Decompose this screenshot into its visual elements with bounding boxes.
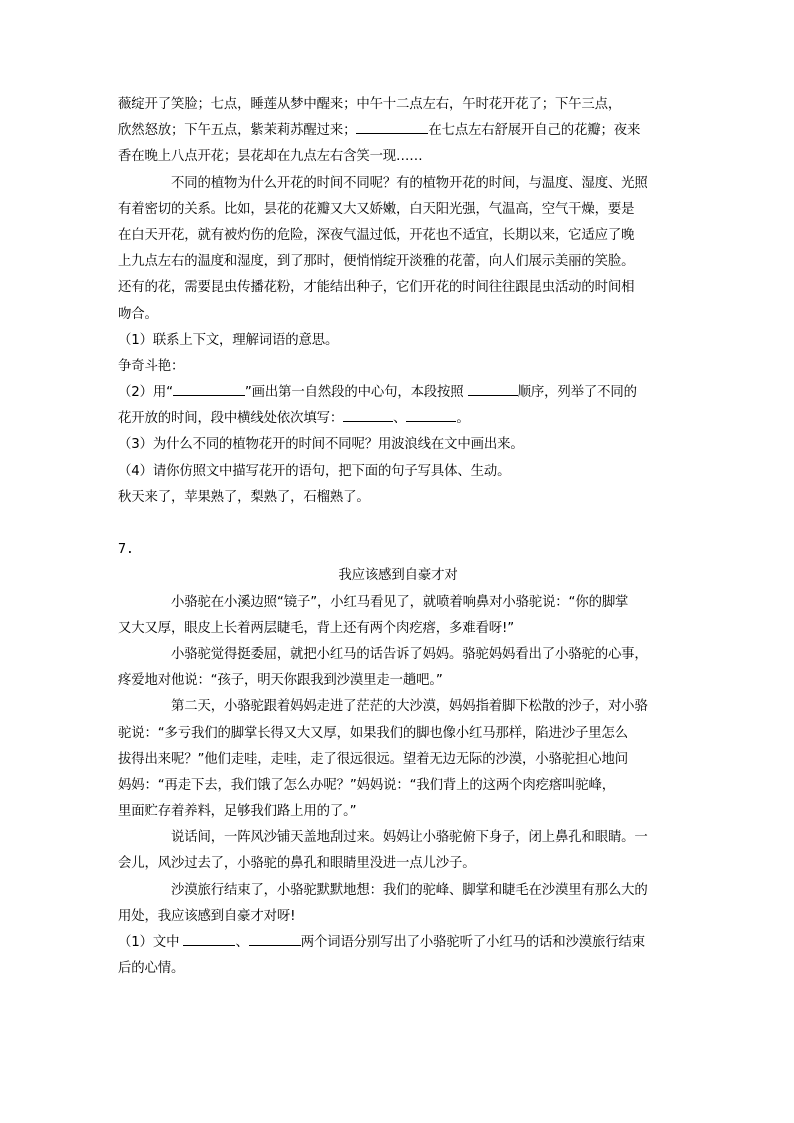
text-segment: 花开放的时间，段中横线处依次填写： xyxy=(118,411,343,426)
text-line: 在白天开花，就有被灼伤的危险，深夜气温过低，开花也不适宜，长期以来，它适应了晚 xyxy=(118,223,678,249)
text-line: 上九点左右的温度和湿度，到了那时，便悄悄绽开淡雅的花蕾，向人们展示美丽的笑脸。 xyxy=(118,249,678,275)
fill-blank[interactable] xyxy=(356,119,428,134)
fill-blank[interactable] xyxy=(406,407,456,422)
question-2-continued: 花开放的时间，段中横线处依次填写：、。 xyxy=(118,406,678,432)
passage-title: 我应该感到自豪才对 xyxy=(118,563,678,589)
text-segment: 。 xyxy=(456,411,469,426)
fill-blank[interactable] xyxy=(173,381,245,396)
text-line: 疼爱地对他说：“孩子，明天你跟我到沙漠里走一趟吧。” xyxy=(118,668,678,694)
text-line: 里面贮存着养料，足够我们路上用的了。” xyxy=(118,799,678,825)
fill-blank[interactable] xyxy=(343,407,393,422)
question-number: 7. xyxy=(118,537,678,563)
question-1-word: 争奇斗艳： xyxy=(118,354,678,380)
document-page: 薇绽开了笑脸；七点，睡莲从梦中醒来；中午十二点左右，午时花开花了；下午三点， 欣… xyxy=(118,92,678,982)
text-line: 会儿，风沙过去了，小骆驼的鼻孔和眼睛里没进一点儿沙子。 xyxy=(118,851,678,877)
paragraph-line: 小骆驼觉得挺委屈，就把小红马的话告诉了妈妈。骆驼妈妈看出了小骆驼的心事， xyxy=(118,642,678,668)
text-segment: （1）文中 xyxy=(118,935,183,950)
text-segment: 顺序，列举了不同的 xyxy=(518,385,637,400)
fill-blank[interactable] xyxy=(249,931,301,946)
paragraph-line: 说话间，一阵风沙铺天盖地刮过来。妈妈让小骆驼俯下身子，闭上鼻孔和眼睛。一 xyxy=(118,825,678,851)
text-line: 拔得出来呢？”他们走哇，走哇，走了很远很远。望着无边无际的沙漠，小骆驼担心地问 xyxy=(118,747,678,773)
text-segment: 、 xyxy=(393,411,406,426)
paragraph-line: 沙漠旅行结束了，小骆驼默默地想：我们的驼峰、脚掌和睫毛在沙漠里有那么大的 xyxy=(118,878,678,904)
question-4: （4）请你仿照文中描写花开的语句，把下面的句子写具体、生动。 xyxy=(118,459,678,485)
question-1-continued: 后的心情。 xyxy=(118,956,678,982)
question-4-sentence: 秋天来了，苹果熟了，梨熟了，石榴熟了。 xyxy=(118,485,678,511)
question-2: （2）用“”画出第一自然段的中心句，本段按照 顺序，列举了不同的 xyxy=(118,380,678,406)
text-segment: 欣然怒放；下午五点，紫茉莉苏醒过来； xyxy=(118,123,356,138)
question-3: （3）为什么不同的植物花开的时间不同呢？用波浪线在文中画出来。 xyxy=(118,432,678,458)
paragraph-line: 第二天，小骆驼跟着妈妈走进了茫茫的大沙漠，妈妈指着脚下松散的沙子，对小骆 xyxy=(118,694,678,720)
text-line: 驼说：“多亏我们的脚掌长得又大又厚，如果我们的脚也像小红马那样，陷进沙子里怎么 xyxy=(118,721,678,747)
text-line-with-blank: 欣然怒放；下午五点，紫茉莉苏醒过来；在七点左右舒展开自己的花瓣；夜来 xyxy=(118,118,678,144)
text-segment: 在七点左右舒展开自己的花瓣；夜来 xyxy=(428,123,640,138)
question-1: （1）文中 、两个词语分别写出了小骆驼听了小红马的话和沙漠旅行结束 xyxy=(118,930,678,956)
text-line: 又大又厚，眼皮上长着两层睫毛，背上还有两个肉疙瘩，多难看呀!” xyxy=(118,616,678,642)
text-line: 香在晚上八点开花；昙花却在九点左右含笑一现…… xyxy=(118,144,678,170)
text-line: 薇绽开了笑脸；七点，睡莲从梦中醒来；中午十二点左右，午时花开花了；下午三点， xyxy=(118,92,678,118)
text-segment: （2）用“ xyxy=(118,385,173,400)
text-line: 用处，我应该感到自豪才对呀! xyxy=(118,904,678,930)
text-segment: 、 xyxy=(235,935,248,950)
text-line: 还有的花，需要昆虫传播花粉，才能结出种子，它们开花的时间往往跟昆虫活动的时间相 xyxy=(118,275,678,301)
fill-blank[interactable] xyxy=(468,381,518,396)
text-line: 吻合。 xyxy=(118,302,678,328)
paragraph-line: 不同的植物为什么开花的时间不同呢？有的植物开花的时间，与温度、湿度、光照 xyxy=(118,171,678,197)
paragraph-line: 小骆驼在小溪边照“镜子”，小红马看见了，就喷着响鼻对小骆驼说：“你的脚掌 xyxy=(118,590,678,616)
fill-blank[interactable] xyxy=(183,931,235,946)
text-segment: 两个词语分别写出了小骆驼听了小红马的话和沙漠旅行结束 xyxy=(301,935,645,950)
question-1: （1）联系上下文，理解词语的意思。 xyxy=(118,328,678,354)
text-line: 有着密切的关系。比如，昙花的花瓣又大又娇嫩，白天阳光强，气温高，空气干燥，要是 xyxy=(118,197,678,223)
text-segment: ”画出第一自然段的中心句，本段按照 xyxy=(245,385,468,400)
text-line: 妈妈：“再走下去，我们饿了怎么办呢？”妈妈说：“我们背上的这两个肉疙瘩叫驼峰， xyxy=(118,773,678,799)
spacer xyxy=(118,511,678,537)
